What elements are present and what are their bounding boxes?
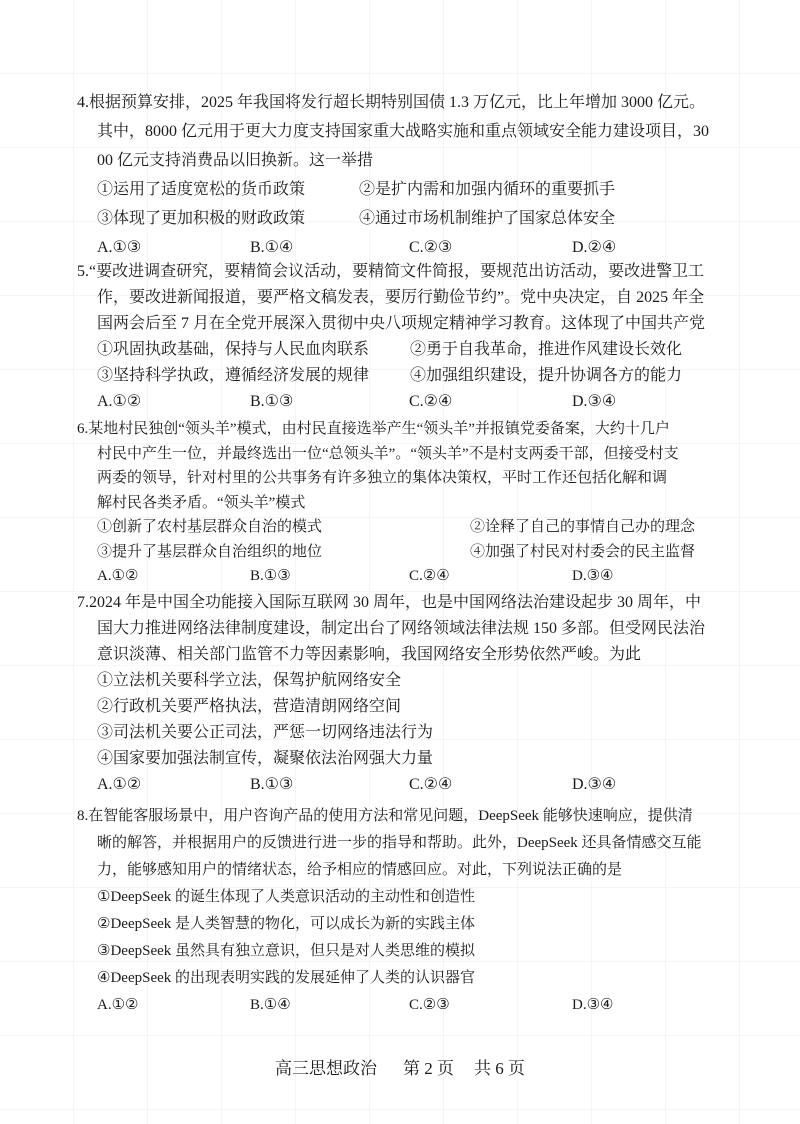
option-row: ②DeepSeek 是人类智慧的物化，可以成长为新的实践主体 [97,911,782,938]
option-1: ①创新了农村基层群众自治的模式 [97,515,470,540]
option-row: ①巩固执政基础，保持与人民血肉联系②勇于自我革命，推进作风建设长效化 [97,337,782,363]
answer-row: A.①②B.①④C.②③D.③④ [97,992,782,1019]
option-4: ④通过市场机制维护了国家总体安全 [359,204,615,233]
question-6: 6.某地村民独创“领头羊”模式，由村民直接选举产生“领头羊”并报镇党委备案，大约… [0,417,800,589]
option-row: ②行政机关要严格执法，营造清朗网络空间 [97,694,782,720]
question-8: 8.在智能客服场景中，用户咨询产品的使用方法和常见问题，DeepSeek 能够快… [0,803,800,1019]
option-1: ①巩固执政基础，保持与人民血肉联系 [97,337,410,363]
question-number: 8. [77,808,88,824]
answer-choice-c: C.②④ [409,772,572,798]
option-row: ③司法机关要公正司法，严惩一切网络违法行为 [97,720,782,746]
question-number: 6. [77,421,88,437]
option-4: ④加强了村民对村委会的民主监督 [470,540,695,565]
answer-choice-a: A.①③ [97,233,250,262]
option-1: ①运用了适度宽松的货币政策 [97,175,359,204]
question-4: 4.根据预算安排，2025 年我国将发行超长期特别国债 1.3 万亿元，比上年增… [0,88,800,262]
question-number: 5. [77,263,89,280]
question-stem-line: 国大力推进网络法律制度建设，制定出台了网络领域法律法规 150 多部。但受网民法… [97,616,782,642]
option-1: ①DeepSeek 的诞生体现了人类意识活动的主动性和创造性 [97,884,475,911]
option-3: ③体现了更加积极的财政政策 [97,204,359,233]
answer-choice-d: D.③④ [572,389,616,415]
question-stem-line: 晰的解答，并根据用户的反馈进行进一步的指导和帮助。此外，DeepSeek 还具备… [97,830,782,857]
answer-choice-c: C.②④ [409,389,572,415]
option-4: ④DeepSeek 的出现表明实践的发展延伸了人类的认识器官 [97,965,475,992]
exam-paper-page: 4.根据预算安排，2025 年我国将发行超长期特别国债 1.3 万亿元，比上年增… [0,0,800,1124]
question-stem-text: “要改进调查研究，要精简会议活动，要精简文件简报，要规范出访活动，要改进警卫工 [89,263,704,280]
question-stem-line: 00 亿元支持消费品以旧换新。这一举措 [97,146,782,175]
option-row: ①立法机关要科学立法，保驾护航网络安全 [97,668,782,694]
option-3: ③提升了基层群众自治组织的地位 [97,540,470,565]
question-stem-line: 作，要改进新闻报道，要严格文稿发表，要厉行勤俭节约”。党中央决定，自 2025 … [97,285,782,311]
question-stem-line: 村民中产生一位，并最终选出一位“总领头羊”。“领头羊”不是村支两委干部，但接受村… [97,442,782,467]
answer-choice-d: D.③④ [572,564,613,589]
answer-choice-b: B.①④ [250,233,409,262]
question-stem-text: 根据预算安排，2025 年我国将发行超长期特别国债 1.3 万亿元，比上年增加 … [89,94,705,111]
questions-container: 4.根据预算安排，2025 年我国将发行超长期特别国债 1.3 万亿元，比上年增… [0,0,800,1019]
question-stem-line: 7.2024 年是中国全功能接入国际互联网 30 周年，也是中国网络法治建设起步… [77,590,782,616]
question-stem-text: 2024 年是中国全功能接入国际互联网 30 周年，也是中国网络法治建设起步 3… [89,594,701,611]
option-2: ②DeepSeek 是人类智慧的物化，可以成长为新的实践主体 [97,911,475,938]
answer-choice-a: A.①② [97,992,250,1019]
question-number: 4. [77,94,89,111]
question-number: 7. [77,594,89,611]
question-stem-line: 5.“要改进调查研究，要精简会议活动，要精简文件简报，要规范出访活动，要改进警卫… [77,259,782,285]
answer-choice-c: C.②③ [409,233,572,262]
option-4: ④国家要加强法制宣传，凝聚依法治网强大力量 [97,746,433,772]
answer-choice-a: A.①② [97,389,250,415]
option-row: ③体现了更加积极的财政政策④通过市场机制维护了国家总体安全 [97,204,782,233]
option-row: ③DeepSeek 虽然具有独立意识，但只是对人类思维的模拟 [97,938,782,965]
option-row: ③提升了基层群众自治组织的地位④加强了村民对村委会的民主监督 [97,540,782,565]
option-row: ③坚持科学执政，遵循经济发展的规律④加强组织建设，提升协调各方的能力 [97,363,782,389]
answer-row: A.①②B.①③C.②④D.③④ [97,389,782,415]
answer-row: A.①②B.①③C.②④D.③④ [97,772,782,798]
page-footer: 高三思想政治 第 2 页 共 6 页 [0,1054,800,1079]
option-2: ②诠释了自己的事情自己办的理念 [470,515,695,540]
answer-choice-d: D.②④ [572,233,616,262]
footer-course-title: 高三思想政治 [275,1054,377,1079]
answer-choice-b: B.①③ [250,389,409,415]
option-4: ④加强组织建设，提升协调各方的能力 [410,363,682,389]
question-stem-text: 某地村民独创“领头羊”模式，由村民直接选举产生“领头羊”并报镇党委备案，大约十几… [88,421,670,437]
option-2: ②行政机关要严格执法，营造清朗网络空间 [97,694,401,720]
question-stem-text: 在智能客服场景中，用户咨询产品的使用方法和常见问题，DeepSeek 能够快速响… [88,808,693,824]
question-7: 7.2024 年是中国全功能接入国际互联网 30 周年，也是中国网络法治建设起步… [0,590,800,798]
footer-page-number: 第 2 页 [403,1054,454,1079]
option-3: ③司法机关要公正司法，严惩一切网络违法行为 [97,720,433,746]
answer-choice-d: D.③④ [572,992,613,1019]
answer-choice-c: C.②④ [409,564,572,589]
question-stem-line: 力，能够感知用户的情绪状态，给予相应的情感回应。对此，下列说法正确的是 [97,857,782,884]
option-row: ①DeepSeek 的诞生体现了人类意识活动的主动性和创造性 [97,884,782,911]
option-row: ①运用了适度宽松的货币政策②是扩内需和加强内循环的重要抓手 [97,175,782,204]
question-5: 5.“要改进调查研究，要精简会议活动，要精简文件简报，要规范出访活动，要改进警卫… [0,259,800,415]
question-stem-line: 8.在智能客服场景中，用户咨询产品的使用方法和常见问题，DeepSeek 能够快… [77,803,782,830]
answer-choice-b: B.①③ [250,772,409,798]
option-3: ③DeepSeek 虽然具有独立意识，但只是对人类思维的模拟 [97,938,475,965]
answer-row: A.①③B.①④C.②③D.②④ [97,233,782,262]
answer-choice-b: B.①③ [250,564,409,589]
question-stem-line: 国两会后至 7 月在全党开展深入贯彻中央八项规定精神学习教育。这体现了中国共产党 [97,311,782,337]
option-row: ④国家要加强法制宣传，凝聚依法治网强大力量 [97,746,782,772]
answer-choice-d: D.③④ [572,772,616,798]
answer-choice-a: A.①② [97,772,250,798]
option-3: ③坚持科学执政，遵循经济发展的规律 [97,363,410,389]
option-row: ①创新了农村基层群众自治的模式②诠释了自己的事情自己办的理念 [97,515,782,540]
option-row: ④DeepSeek 的出现表明实践的发展延伸了人类的认识器官 [97,965,782,992]
question-stem-line: 解村民各类矛盾。“领头羊”模式 [97,491,782,516]
question-stem-line: 其中，8000 亿元用于更大力度支持国家重大战略实施和重点领域安全能力建设项目，… [97,117,782,146]
answer-row: A.①②B.①③C.②④D.③④ [97,564,782,589]
option-2: ②是扩内需和加强内循环的重要抓手 [359,175,615,204]
question-stem-line: 4.根据预算安排，2025 年我国将发行超长期特别国债 1.3 万亿元，比上年增… [77,88,782,117]
answer-choice-c: C.②③ [409,992,572,1019]
question-stem-line: 6.某地村民独创“领头羊”模式，由村民直接选举产生“领头羊”并报镇党委备案，大约… [77,417,782,442]
option-2: ②勇于自我革命，推进作风建设长效化 [410,337,682,363]
question-stem-line: 意识淡薄、相关部门监管不力等因素影响，我国网络安全形势依然严峻。为此 [97,642,782,668]
question-stem-line: 两委的领导，针对村里的公共事务有许多独立的集体决策权，平时工作还包括化解和调 [97,466,782,491]
answer-choice-b: B.①④ [250,992,409,1019]
option-1: ①立法机关要科学立法，保驾护航网络安全 [97,668,401,694]
answer-choice-a: A.①② [97,564,250,589]
footer-page-total: 共 6 页 [474,1054,525,1079]
